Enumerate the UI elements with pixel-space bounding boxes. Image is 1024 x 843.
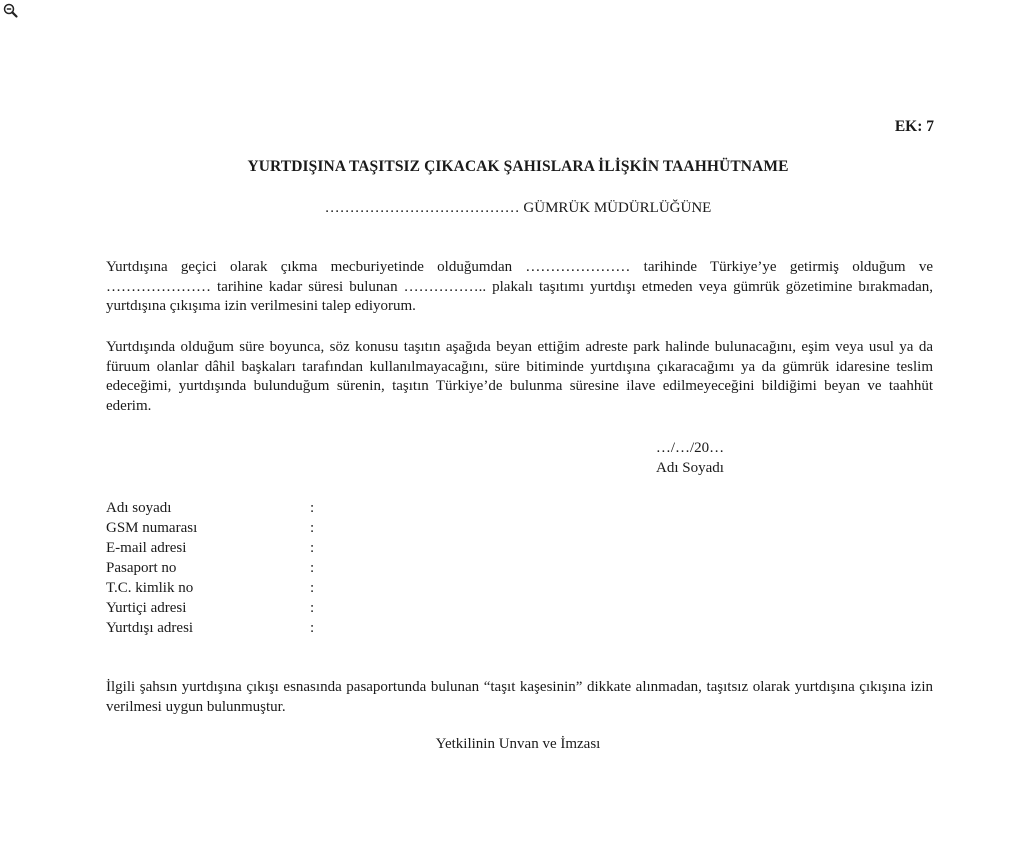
field-colon: : [310, 498, 324, 518]
field-colon: : [310, 538, 324, 558]
field-row-name: Adı soyadı : [106, 498, 624, 518]
field-label: GSM numarası [106, 518, 310, 538]
email-field[interactable] [324, 538, 624, 558]
domestic-address-field[interactable] [324, 598, 624, 618]
tc-id-field[interactable] [324, 578, 624, 598]
signer-name-label: Adı Soyadı [620, 458, 760, 478]
field-colon: : [310, 578, 324, 598]
field-row-domestic-address: Yurtiçi adresi : [106, 598, 624, 618]
request-paragraph: Yurtdışına geçici olarak çıkma mecburiye… [106, 258, 933, 317]
date-line: …/…/20… [620, 438, 760, 458]
personal-info-fields: Adı soyadı : GSM numarası : E-mail adres… [106, 498, 624, 638]
field-row-gsm: GSM numarası : [106, 518, 624, 538]
field-colon: : [310, 518, 324, 538]
field-colon: : [310, 618, 324, 638]
passport-field[interactable] [324, 558, 624, 578]
approval-paragraph: İlgili şahsın yurtdışına çıkışı esnasınd… [106, 678, 933, 717]
zoom-out-icon[interactable] [3, 3, 19, 19]
commitment-paragraph: Yurtdışında olduğum süre boyunca, söz ko… [106, 338, 933, 416]
field-row-tc-id: T.C. kimlik no : [106, 578, 624, 598]
authority-signature-caption: Yetkilinin Unvan ve İmzası [0, 736, 1024, 753]
field-label: T.C. kimlik no [106, 578, 310, 598]
gsm-field[interactable] [324, 518, 624, 538]
field-colon: : [310, 558, 324, 578]
field-row-email: E-mail adresi : [106, 538, 624, 558]
field-row-abroad-address: Yurtdışı adresi : [106, 618, 624, 638]
addressee-line: ………………………………… GÜMRÜK MÜDÜRLÜĞÜNE [0, 200, 1024, 217]
name-field[interactable] [324, 498, 624, 518]
date-signature-block: …/…/20… Adı Soyadı [620, 438, 760, 478]
field-row-passport: Pasaport no : [106, 558, 624, 578]
field-label: Adı soyadı [106, 498, 310, 518]
field-label: E-mail adresi [106, 538, 310, 558]
field-label: Yurtiçi adresi [106, 598, 310, 618]
document-title: YURTDIŞINA TAŞITSIZ ÇIKACAK ŞAHISLARA İL… [0, 158, 1024, 176]
field-colon: : [310, 598, 324, 618]
annex-label: EK: 7 [895, 118, 934, 136]
field-label: Yurtdışı adresi [106, 618, 310, 638]
field-label: Pasaport no [106, 558, 310, 578]
abroad-address-field[interactable] [324, 618, 624, 638]
